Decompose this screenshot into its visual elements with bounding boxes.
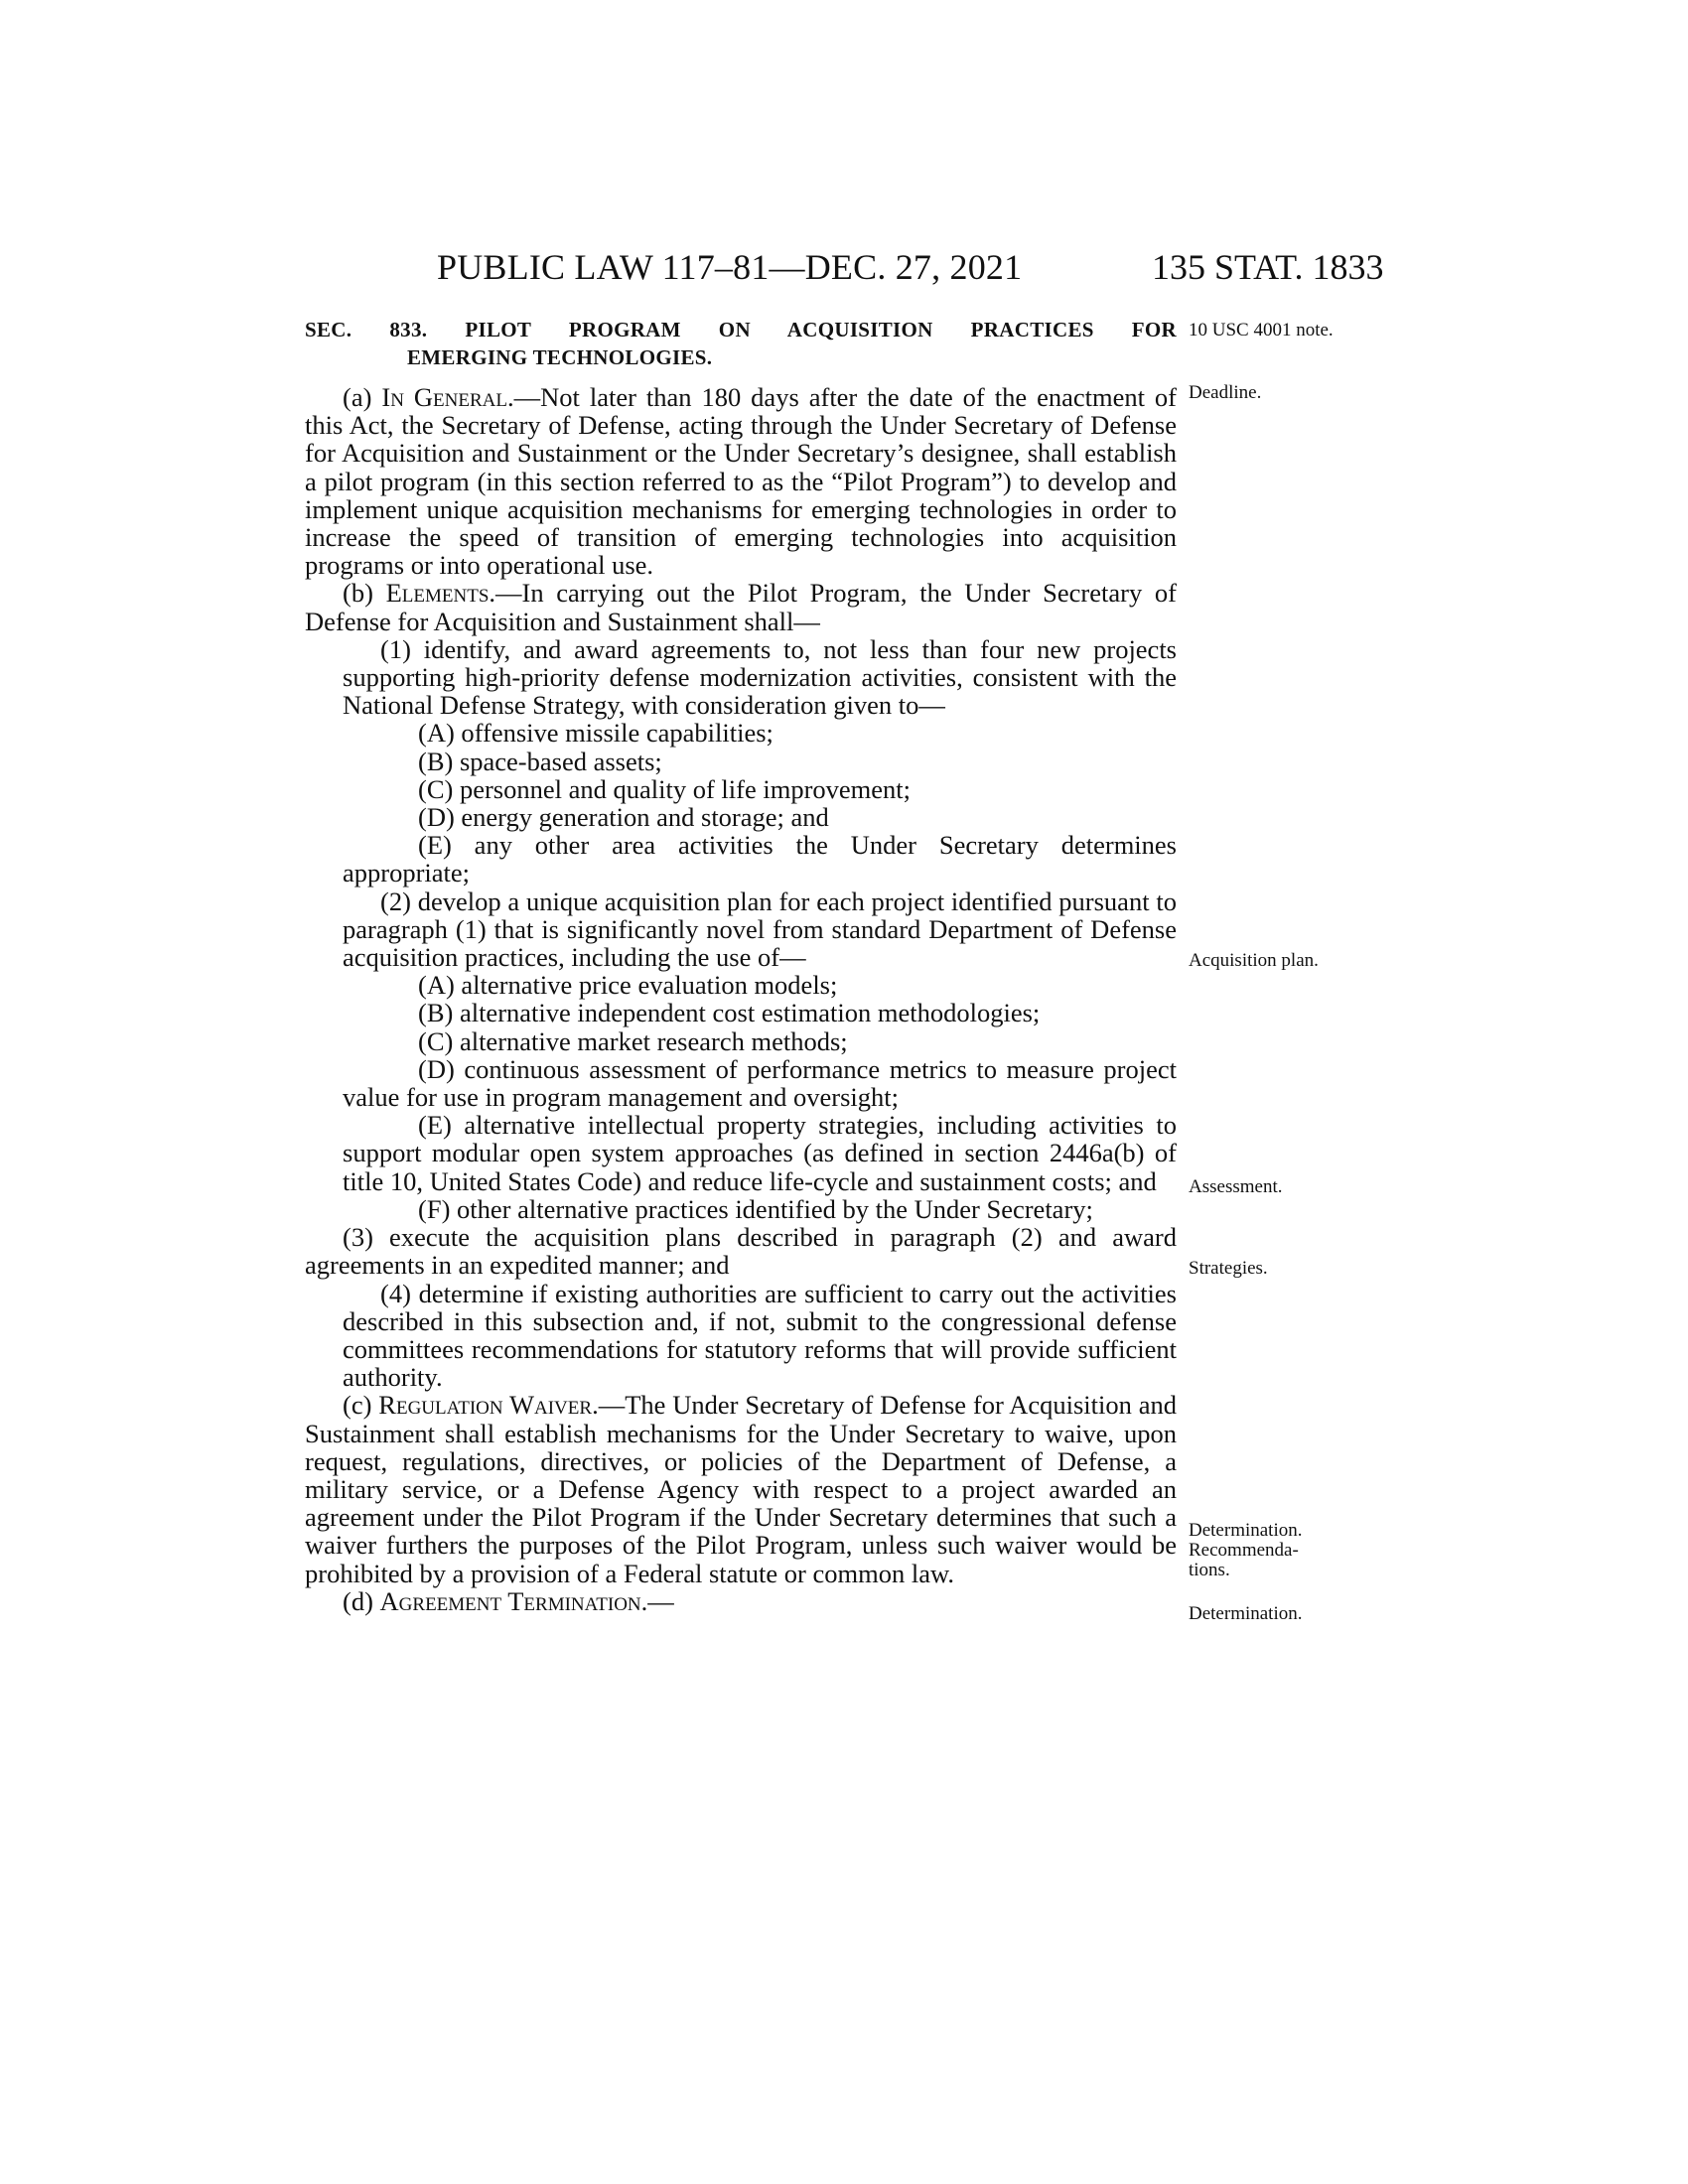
subparagraph-b2C: (C) alternative market research methods; xyxy=(305,1027,1177,1055)
margin-note-acquisition-plan: Acquisition plan. xyxy=(1189,951,1319,971)
subparagraph-b2E: (E) alternative intellectual property st… xyxy=(305,1111,1177,1195)
body-column: SEC. 833. PILOT PROGRAM ON ACQUISITION P… xyxy=(305,316,1177,1615)
paragraph-b2: (2) develop a unique acquisition plan fo… xyxy=(305,887,1177,972)
subsection-a: (a) In General.—Not later than 180 days … xyxy=(305,383,1177,579)
subparagraph-b1B: (B) space-based assets; xyxy=(305,748,1177,775)
subsection-text: .—Not later than 180 days after the date… xyxy=(305,382,1177,580)
section-heading-line2: EMERGING TECHNOLOGIES. xyxy=(305,343,1177,371)
subsection-heading: Agreement Termination xyxy=(380,1586,641,1616)
subsection-label: (d) xyxy=(343,1586,380,1616)
margin-note-usc: 10 USC 4001 note. xyxy=(1189,321,1337,341)
statute-page-reference: 135 STAT. 1833 xyxy=(1152,246,1383,288)
section-heading: SEC. 833. PILOT PROGRAM ON ACQUISITION P… xyxy=(305,316,1177,371)
subsection-heading: Elements xyxy=(386,578,490,608)
subsection-label: (b) xyxy=(343,578,386,608)
subparagraph-b2A: (A) alternative price evaluation models; xyxy=(305,971,1177,999)
subparagraph-b1E: (E) any other area activities the Under … xyxy=(305,831,1177,887)
paragraph-b1: (1) identify, and award agreements to, n… xyxy=(305,635,1177,720)
section-heading-line1: SEC. 833. PILOT PROGRAM ON ACQUISITION P… xyxy=(305,318,1177,341)
running-head: PUBLIC LAW 117–81—DEC. 27, 2021 xyxy=(437,246,1022,288)
margin-note-determination-recommendations: Determination. Recommenda-tions. xyxy=(1189,1521,1318,1580)
subsection-b: (b) Elements.—In carrying out the Pilot … xyxy=(305,579,1177,634)
subparagraph-b1A: (A) offensive missile capabilities; xyxy=(305,719,1177,747)
margin-note-strategies: Strategies. xyxy=(1189,1259,1268,1279)
paragraph-b3: (3) execute the acquisition plans descri… xyxy=(305,1223,1177,1279)
subsection-text: .—The Under Secretary of Defense for Acq… xyxy=(305,1390,1177,1587)
subsection-heading: In General xyxy=(381,382,507,412)
paragraph-b4: (4) determine if existing authorities ar… xyxy=(305,1280,1177,1392)
subsection-label: (a) xyxy=(343,382,381,412)
subsection-text: .— xyxy=(641,1586,674,1616)
subparagraph-b2B: (B) alternative independent cost estimat… xyxy=(305,999,1177,1026)
subsection-label: (c) xyxy=(343,1390,378,1420)
subparagraph-b2D: (D) continuous assessment of performance… xyxy=(305,1055,1177,1111)
margin-note-deadline: Deadline. xyxy=(1189,383,1261,403)
subparagraph-b2F: (F) other alternative practices identifi… xyxy=(305,1195,1177,1223)
document-page: PUBLIC LAW 117–81—DEC. 27, 2021 135 STAT… xyxy=(0,0,1688,2184)
margin-note-determination: Determination. xyxy=(1189,1604,1303,1624)
subsection-heading: Regulation Waiver xyxy=(378,1390,592,1420)
margin-note-assessment: Assessment. xyxy=(1189,1177,1282,1197)
subsection-c: (c) Regulation Waiver.—The Under Secreta… xyxy=(305,1391,1177,1586)
subparagraph-b1D: (D) energy generation and storage; and xyxy=(305,803,1177,831)
subparagraph-b1C: (C) personnel and quality of life improv… xyxy=(305,775,1177,803)
subsection-d: (d) Agreement Termination.— xyxy=(305,1587,1177,1615)
